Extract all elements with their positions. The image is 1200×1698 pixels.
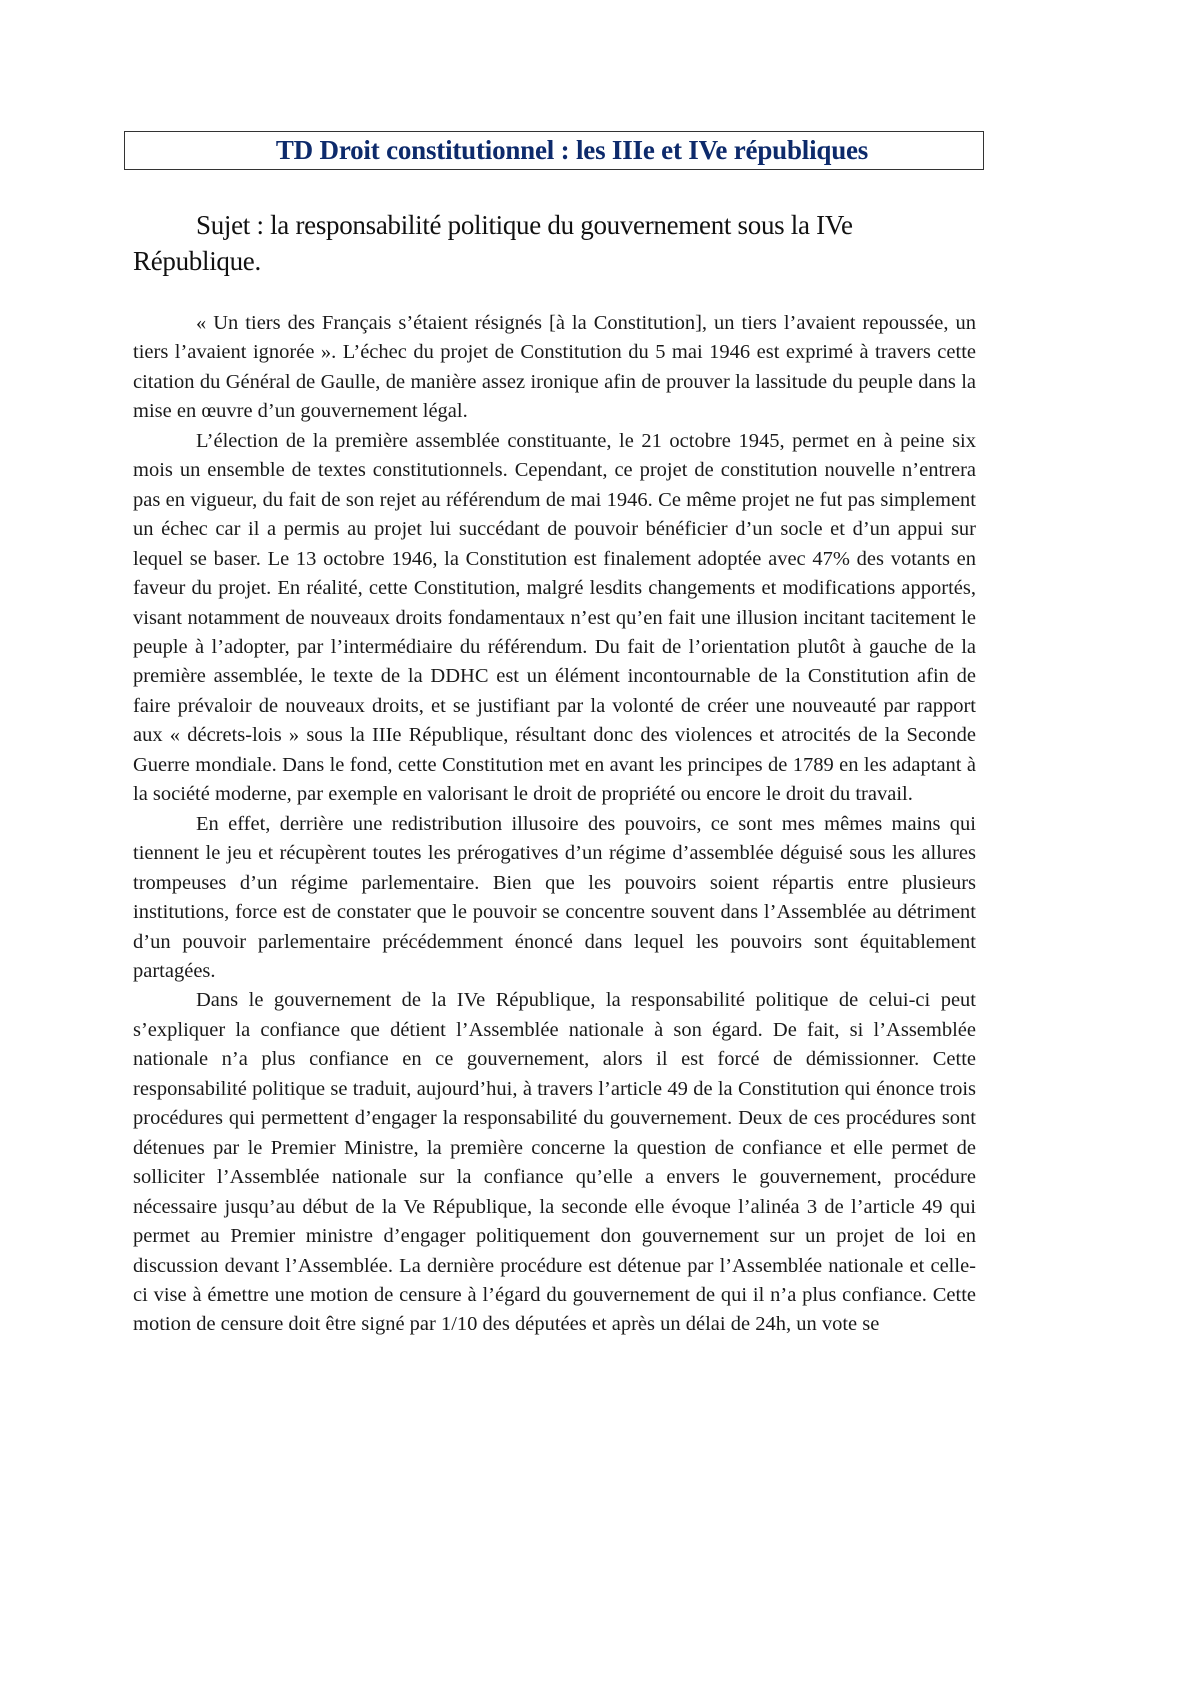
document-title: TD Droit constitutionnel : les IIIe et I… bbox=[240, 135, 868, 166]
document-body: « Un tiers des Français s’étaient résign… bbox=[133, 309, 976, 1340]
paragraph: Dans le gouvernement de la IVe Républiqu… bbox=[133, 986, 976, 1339]
subject-heading: Sujet : la responsabilité politique du g… bbox=[133, 207, 981, 279]
paragraph: « Un tiers des Français s’étaient résign… bbox=[133, 309, 976, 427]
paragraph: L’élection de la première assemblée cons… bbox=[133, 427, 976, 810]
document-page: TD Droit constitutionnel : les IIIe et I… bbox=[0, 0, 1200, 1698]
title-box: TD Droit constitutionnel : les IIIe et I… bbox=[124, 131, 984, 170]
paragraph: En effet, derrière une redistribution il… bbox=[133, 810, 976, 987]
